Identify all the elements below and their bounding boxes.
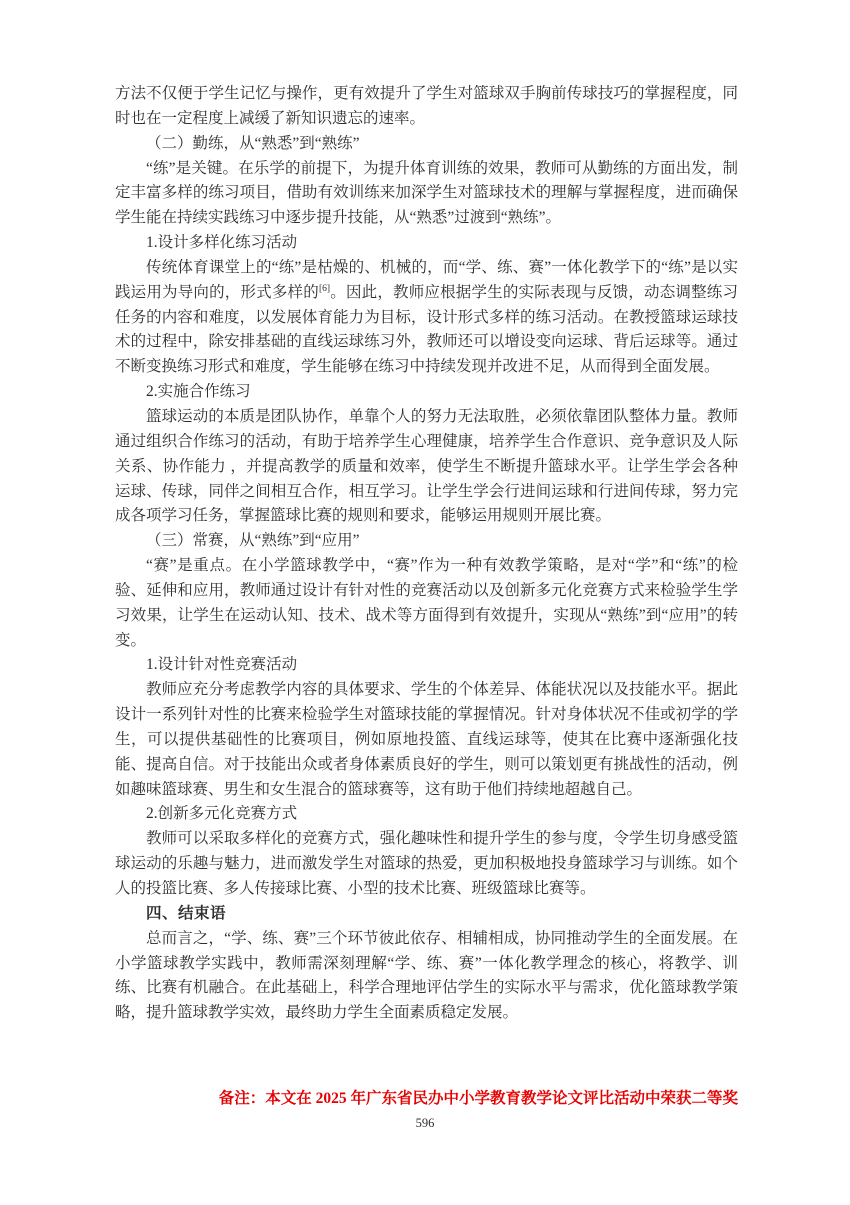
award-remark: 备注：本文在 2025 年广东省民办中小学教育教学论文评比活动中荣获二等奖 <box>115 1088 738 1110</box>
paragraph: 教师可以采取多样化的竞赛方式，强化趣味性和提升学生的参与度，令学生切身感受篮球运… <box>115 827 738 902</box>
paragraph-with-citation: 传统体育课堂上的“练”是枯燥的、机械的，而“学、练、赛”一体化教学下的“练”是以… <box>115 256 738 380</box>
numbered-item-diverse-competition: 2.创新多元化竞赛方式 <box>115 802 738 827</box>
citation-superscript: [6] <box>319 283 330 294</box>
paragraph-continuation: 方法不仅便于学生记忆与操作，更有效提升了学生对篮球双手胸前传球技巧的掌握程度，同… <box>115 82 738 132</box>
document-page: 方法不仅便于学生记忆与操作，更有效提升了学生对篮球双手胸前传球技巧的掌握程度，同… <box>0 0 850 1205</box>
paragraph: “练”是关键。在乐学的前提下，为提升体育训练的效果，教师可从勤练的方面出发，制定… <box>115 157 738 232</box>
paragraph: “赛”是重点。在小学篮球教学中，“赛”作为一种有效教学策略，是对“学”和“练”的… <box>115 554 738 653</box>
page-number: 596 <box>0 1116 850 1131</box>
subsection-heading-changsai: （三）常赛，从“熟练”到“应用” <box>115 529 738 554</box>
subsection-heading-qinlian: （二）勤练，从“熟悉”到“熟练” <box>115 132 738 157</box>
numbered-item-targeted-competition: 1.设计针对性竞赛活动 <box>115 653 738 678</box>
paragraph: 教师应充分考虑教学内容的具体要求、学生的个体差异、体能状况以及技能水平。据此设计… <box>115 678 738 802</box>
paragraph: 篮球运动的本质是团队协作，单靠个人的努力无法取胜，必须依靠团队整体力量。教师通过… <box>115 405 738 529</box>
numbered-item-practice-variety: 1.设计多样化练习活动 <box>115 231 738 256</box>
document-body: 方法不仅便于学生记忆与操作，更有效提升了学生对篮球双手胸前传球技巧的掌握程度，同… <box>115 82 738 1026</box>
section-heading-conclusion: 四、结束语 <box>115 902 738 927</box>
paragraph: 总而言之，“学、练、赛”三个环节彼此依存、相辅相成，协同推动学生的全面发展。在小… <box>115 927 738 1026</box>
numbered-item-cooperative-practice: 2.实施合作练习 <box>115 380 738 405</box>
